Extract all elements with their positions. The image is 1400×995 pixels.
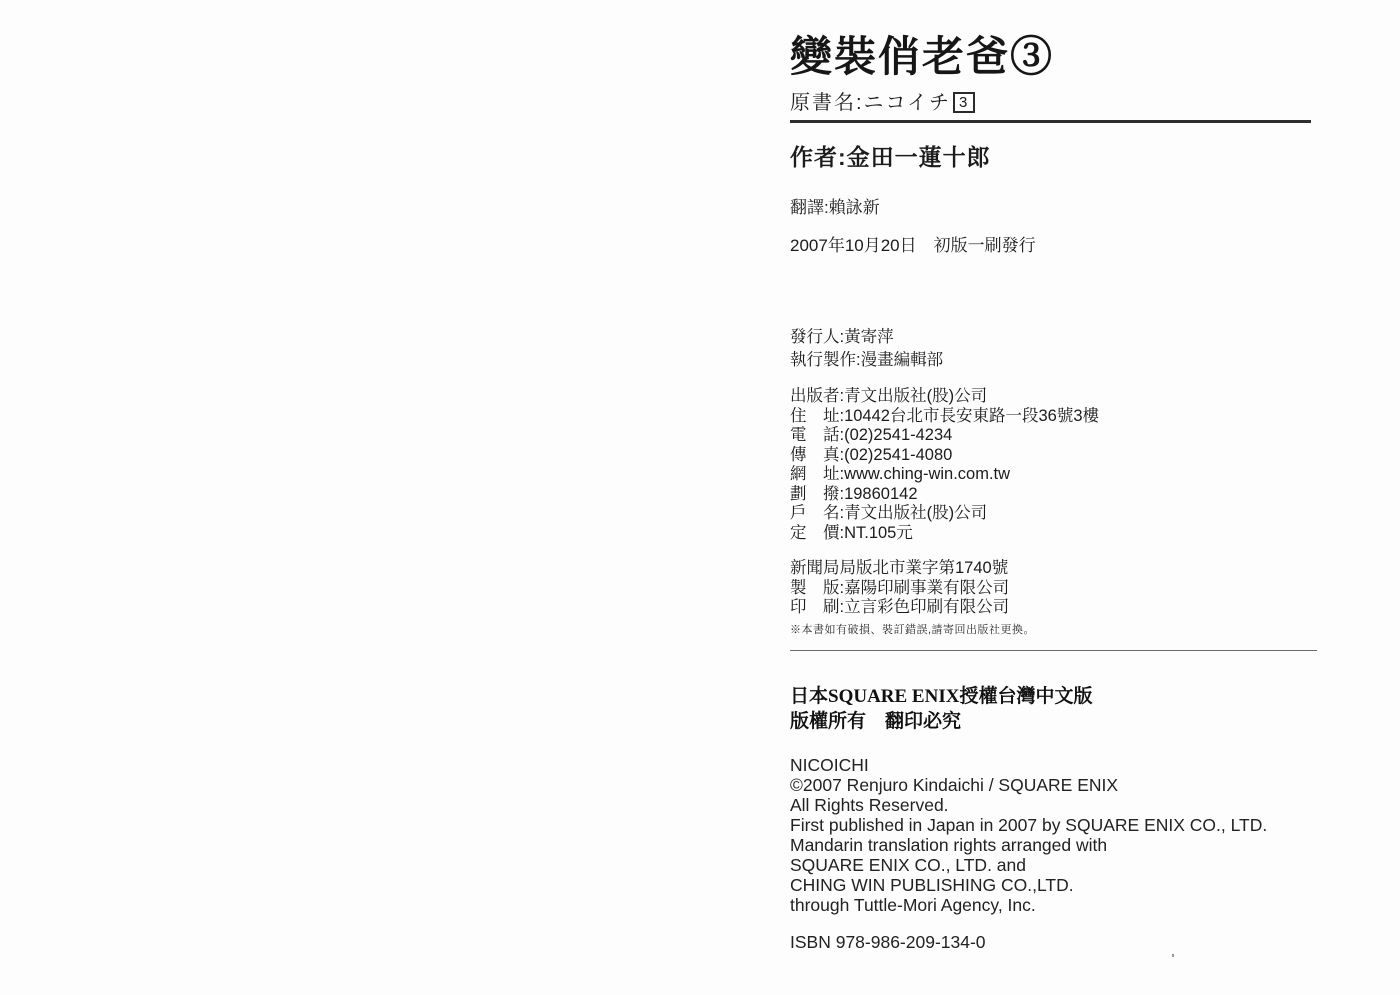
title-divider <box>790 120 1311 123</box>
scan-artifact-dot <box>1172 954 1174 957</box>
license-block: 日本SQUARE ENIX授權台灣中文版 版權所有 翻印必究 <box>790 684 1092 734</box>
copyright-block: NICOICHI ©2007 Renjuro Kindaichi / SQUAR… <box>790 755 1267 915</box>
production-line: 執行製作:漫畫編輯部 <box>790 349 943 372</box>
colophon-page: 變裝俏老爸③ 原書名:ニコイチ3 作者:金田一蓮十郎 翻譯:賴詠新 2007年1… <box>0 0 1400 995</box>
translation-rights-line: Mandarin translation rights arranged wit… <box>790 835 1267 855</box>
plate-making-line: 製 版:嘉陽印刷事業有限公司 <box>790 579 1009 599</box>
original-title-prefix: 原書名:ニコイチ <box>790 92 951 114</box>
translator-line: 翻譯:賴詠新 <box>790 193 880 218</box>
publisher-block: 出版者:青文出版社(股)公司 住 址:10442台北市長安東路一段36號3樓 電… <box>790 387 1099 543</box>
registration-block: 新聞局局版北市業字第1740號 製 版:嘉陽印刷事業有限公司 印 刷:立言彩色印… <box>790 559 1009 618</box>
isbn-line: ISBN 978-986-209-134-0 <box>790 932 986 953</box>
issuer-line: 發行人:黃寄萍 <box>790 326 943 349</box>
address-line: 住 址:10442台北市長安東路一段36號3樓 <box>790 407 1099 427</box>
original-title-volume-box: 3 <box>953 92 975 113</box>
publisher-line: 出版者:青文出版社(股)公司 <box>790 387 1099 407</box>
rights-reserved-line: All Rights Reserved. <box>790 795 1267 815</box>
registration-number-line: 新聞局局版北市業字第1740號 <box>790 559 1009 579</box>
phone-line: 電 話:(02)2541-4234 <box>790 426 1099 446</box>
staff-block: 發行人:黃寄萍 執行製作:漫畫編輯部 <box>790 326 943 372</box>
square-enix-line: SQUARE ENIX CO., LTD. and <box>790 855 1267 875</box>
ching-win-line: CHING WIN PUBLISHING CO.,LTD. <box>790 875 1267 895</box>
website-line: 網 址:www.ching-win.com.tw <box>790 465 1099 485</box>
author-line: 作者:金田一蓮十郎 <box>790 139 991 172</box>
work-title-line: NICOICHI <box>790 755 1267 775</box>
first-published-line: First published in Japan in 2007 by SQUA… <box>790 815 1267 835</box>
account-name-line: 戶 名:青文出版社(股)公司 <box>790 504 1099 524</box>
damage-replacement-note: ※本書如有破損、裝訂錯誤,請寄回出版社更換。 <box>790 621 1035 637</box>
edition-date-line: 2007年10月20日 初版一刷發行 <box>790 231 1036 256</box>
license-line: 日本SQUARE ENIX授權台灣中文版 <box>790 684 1092 709</box>
agency-line: through Tuttle-Mori Agency, Inc. <box>790 895 1267 915</box>
copyright-line: ©2007 Renjuro Kindaichi / SQUARE ENIX <box>790 775 1267 795</box>
price-line: 定 價:NT.105元 <box>790 524 1099 544</box>
section-divider <box>790 650 1317 651</box>
colophon-content: 變裝俏老爸③ 原書名:ニコイチ3 作者:金田一蓮十郎 翻譯:賴詠新 2007年1… <box>790 0 1317 995</box>
original-title-line: 原書名:ニコイチ3 <box>790 86 975 115</box>
book-title: 變裝俏老爸③ <box>790 24 1054 84</box>
fax-line: 傳 真:(02)2541-4080 <box>790 446 1099 466</box>
postal-transfer-line: 劃 撥:19860142 <box>790 485 1099 505</box>
printing-line: 印 刷:立言彩色印刷有限公司 <box>790 598 1009 618</box>
all-rights-line: 版權所有 翻印必究 <box>790 709 1092 734</box>
